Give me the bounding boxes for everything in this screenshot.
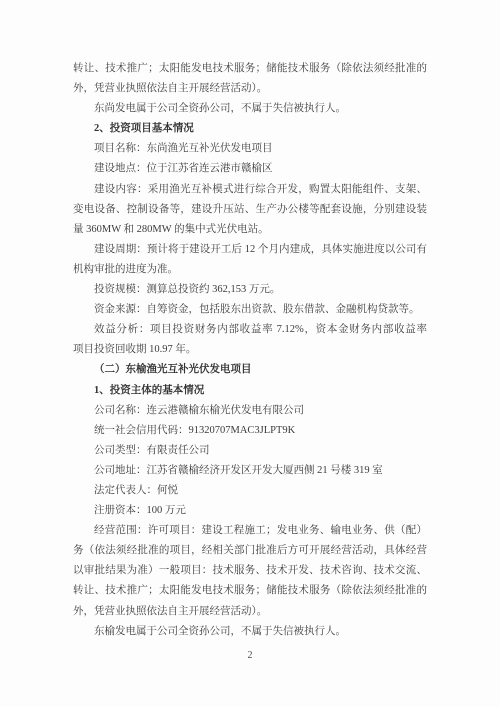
section-heading: （二）东榆渔光互补光伏发电项目 xyxy=(73,360,427,380)
paragraph: 建设地点：位于江苏省连云港市赣榆区 xyxy=(73,159,427,179)
paragraph: 项目名称：东尚渔光互补光伏发电项目 xyxy=(73,139,427,159)
text-line: 统一社会信用代码：91320707MAC3JLPT9K xyxy=(73,421,427,441)
paragraph: 资金来源：自筹资金，包括股东出资款、股东借款、金融机构贷款等。 xyxy=(73,300,427,320)
text-line: 建设内容：采用渔光互补模式进行综合开发，购置太阳能组件、支架、升压 xyxy=(73,180,427,200)
text-line: 1、投资主体的基本情况 xyxy=(73,381,427,401)
text-line: 经营范围：许可项目：建设工程施工；发电业务、输电业务、供（配）电业 xyxy=(73,521,427,541)
paragraph: 投资规模：测算总投资约 362,153 万元。 xyxy=(73,280,427,300)
paragraph: 公司类型：有限责任公司 xyxy=(73,441,427,461)
section-heading: 1、投资主体的基本情况 xyxy=(73,381,427,401)
paragraph: 公司名称：连云港赣榆东榆光伏发电有限公司 xyxy=(73,401,427,421)
text-line: 法定代表人：何悦 xyxy=(73,481,427,501)
text-line: 效益分析：项目投资财务内部收益率 7.12%，资本金财务内部收益率 10.5%， xyxy=(73,320,427,340)
text-line: 东榆发电属于公司全资孙公司，不属于失信被执行人。 xyxy=(73,622,427,642)
paragraph: 转让、技术推广；太阳能发电技术服务；储能技术服务（除依法须经批准的项目外，凭营业… xyxy=(73,59,427,99)
text-line: 务（依法须经批准的项目，经相关部门批准后方可开展经营活动，具体经营项目 xyxy=(73,541,427,561)
document-body: 转让、技术推广；太阳能发电技术服务；储能技术服务（除依法须经批准的项目外，凭营业… xyxy=(73,59,427,642)
paragraph: 效益分析：项目投资财务内部收益率 7.12%，资本金财务内部收益率 10.5%，… xyxy=(73,320,427,360)
document-page: 转让、技术推广；太阳能发电技术服务；储能技术服务（除依法须经批准的项目外，凭营业… xyxy=(0,0,500,707)
text-line: 资金来源：自筹资金，包括股东出资款、股东借款、金融机构贷款等。 xyxy=(73,300,427,320)
text-line: 机构审批的进度为准。 xyxy=(73,260,427,280)
paragraph: 法定代表人：何悦 xyxy=(73,481,427,501)
text-line: 东尚发电属于公司全资孙公司，不属于失信被执行人。 xyxy=(73,99,427,119)
paragraph: 公司地址：江苏省赣榆经济开发区开发大厦西侧 21 号楼 319 室 xyxy=(73,461,427,481)
paragraph: 东尚发电属于公司全资孙公司，不属于失信被执行人。 xyxy=(73,99,427,119)
text-line: 公司地址：江苏省赣榆经济开发区开发大厦西侧 21 号楼 319 室 xyxy=(73,461,427,481)
page-number: 2 xyxy=(0,650,500,661)
text-line: 投资规模：测算总投资约 362,153 万元。 xyxy=(73,280,427,300)
text-line: 建设地点：位于江苏省连云港市赣榆区 xyxy=(73,159,427,179)
text-line: 外，凭营业执照依法自主开展经营活动）。 xyxy=(73,602,427,622)
text-line: 量 360MW 和 280MW 的集中式光伏电站。 xyxy=(73,220,427,240)
paragraph: 统一社会信用代码：91320707MAC3JLPT9K xyxy=(73,421,427,441)
text-line: （二）东榆渔光互补光伏发电项目 xyxy=(73,360,427,380)
text-line: 项目投资回收期 10.97 年。 xyxy=(73,340,427,360)
text-line: 转让、技术推广；太阳能发电技术服务；储能技术服务（除依法须经批准的项目 xyxy=(73,59,427,79)
text-line: 项目名称：东尚渔光互补光伏发电项目 xyxy=(73,139,427,159)
paragraph: 建设周期：预计将于建设开工后 12 个月内建成，具体实施进度以公司有权机构审批的… xyxy=(73,240,427,280)
text-line: 转让、技术推广；太阳能发电技术服务；储能技术服务（除依法须经批准的项目 xyxy=(73,581,427,601)
paragraph: 经营范围：许可项目：建设工程施工；发电业务、输电业务、供（配）电业务（依法须经批… xyxy=(73,521,427,621)
paragraph: 建设内容：采用渔光互补模式进行综合开发，购置太阳能组件、支架、升压变电设备、控制… xyxy=(73,180,427,240)
text-line: 2、投资项目基本情况 xyxy=(73,119,427,139)
text-line: 公司类型：有限责任公司 xyxy=(73,441,427,461)
paragraph: 东榆发电属于公司全资孙公司，不属于失信被执行人。 xyxy=(73,622,427,642)
text-line: 外，凭营业执照依法自主开展经营活动）。 xyxy=(73,79,427,99)
text-line: 以审批结果为准）一般项目：技术服务、技术开发、技术咨询、技术交流、技术 xyxy=(73,561,427,581)
text-line: 注册资本：100 万元 xyxy=(73,501,427,521)
paragraph: 注册资本：100 万元 xyxy=(73,501,427,521)
section-heading: 2、投资项目基本情况 xyxy=(73,119,427,139)
text-line: 公司名称：连云港赣榆东榆光伏发电有限公司 xyxy=(73,401,427,421)
text-line: 建设周期：预计将于建设开工后 12 个月内建成，具体实施进度以公司有权 xyxy=(73,240,427,260)
text-line: 变电设备、控制设备等，建设升压站、生产办公楼等配套设施，分别建设装机容 xyxy=(73,200,427,220)
